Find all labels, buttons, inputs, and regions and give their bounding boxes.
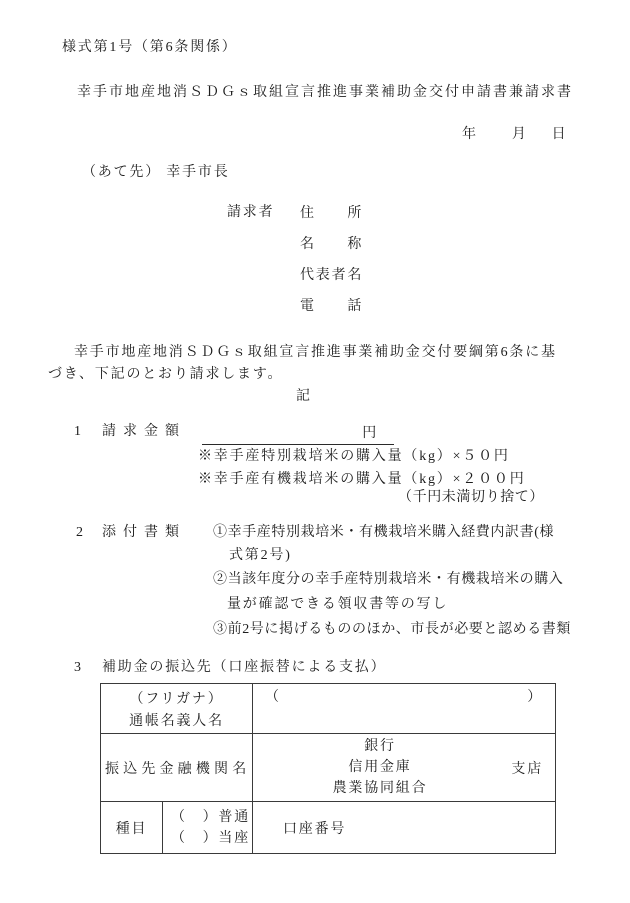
bank-type-shinkin: 信用金庫 xyxy=(253,757,507,778)
item2-label: 添付書類 xyxy=(102,525,186,541)
item1-number: 1 xyxy=(74,424,83,440)
requester-address-label: 住 所 xyxy=(300,198,363,229)
date-year-label: 年 xyxy=(462,127,478,143)
addressee: （あて先） 幸手市長 xyxy=(82,165,230,181)
item1-label: 請求金額 xyxy=(102,424,186,440)
table-row-account: 種目 （ ）普通 （ ）当座 口座番号 xyxy=(101,802,555,853)
item2-line4: 量が確認できる領収書等の写し xyxy=(227,597,448,613)
bank-type-options: 銀行 信用金庫 農業協同組合 xyxy=(253,734,507,799)
bank-transfer-table: （フリガナ） 通帳名義人名 （ ） 振込先金融機関名 銀行 信用金庫 農業協同組… xyxy=(100,683,556,854)
date-day-label: 日 xyxy=(552,127,568,143)
requester-name-label: 名 称 xyxy=(300,229,363,260)
furigana-label: （フリガナ） xyxy=(101,689,252,711)
requester-label: 請求者 xyxy=(227,205,274,221)
requester-representative-label: 代表者名 xyxy=(300,260,363,291)
bank-label-cell: 振込先金融機関名 xyxy=(101,734,253,801)
item2-line3: ②当該年度分の幸手産特別栽培米・有機栽培米の購入 xyxy=(213,572,563,588)
account-kind-options-cell: （ ）普通 （ ）当座 xyxy=(163,802,253,853)
form-number: 様式第1号（第6条関係） xyxy=(62,40,238,56)
branch-label: 支店 xyxy=(511,758,543,778)
account-number-label: 口座番号 xyxy=(283,818,346,838)
item2-line1: ①幸手産特別栽培米・有機栽培米購入経費内訳書(様 xyxy=(213,525,554,541)
item1-note3: （千円未満切り捨て） xyxy=(398,490,544,506)
account-holder-input[interactable]: （ ） xyxy=(253,684,555,733)
date-line: 年 月 日 xyxy=(462,127,567,143)
body-paragraph-line1: 幸手市地産地消ＳＤＧｓ取組宣言推進事業補助金交付要綱第6条に基 xyxy=(74,345,557,361)
holder-paren-open: （ xyxy=(265,688,281,733)
item3-number: 3 xyxy=(74,660,83,676)
document-title: 幸手市地産地消ＳＤＧｓ取組宣言推進事業補助金交付申請書兼請求書 xyxy=(77,85,573,101)
amount-unit-label: 円 xyxy=(362,426,378,441)
item2-number: 2 xyxy=(76,525,85,541)
account-kind-ordinary-option[interactable]: （ ）普通 xyxy=(171,807,252,828)
item2-line2: 式第2号) xyxy=(229,548,292,564)
item2-line5: ③前2号に掲げるもののほか、市長が必要と認める書類 xyxy=(213,622,571,638)
bank-type-bank: 銀行 xyxy=(253,736,507,757)
account-kind-current-option[interactable]: （ ）当座 xyxy=(171,828,252,849)
account-holder-label: 通帳名義人名 xyxy=(101,711,252,733)
item1-note1: ※幸手産特別栽培米の購入量（kg）×５０円 xyxy=(198,449,510,465)
table-row-account-holder: （フリガナ） 通帳名義人名 （ ） xyxy=(101,684,555,734)
record-heading: 記 xyxy=(48,385,560,405)
item3-heading: 補助金の振込先（口座振替による支払） xyxy=(102,660,386,676)
account-holder-label-cell: （フリガナ） 通帳名義人名 xyxy=(101,684,253,733)
body-paragraph-line2: づき、下記のとおり請求します。 xyxy=(48,367,283,383)
bank-input[interactable]: 銀行 信用金庫 農業協同組合 支店 xyxy=(253,734,555,801)
account-kind-label: 種目 xyxy=(116,818,148,838)
requester-fields: 住 所 名 称 代表者名 電 話 xyxy=(300,198,363,322)
requester-phone-label: 電 話 xyxy=(300,291,363,322)
account-kind-label-cell: 種目 xyxy=(101,802,163,853)
account-number-input[interactable] xyxy=(346,802,555,853)
date-month-label: 月 xyxy=(512,127,528,143)
holder-paren-close: ） xyxy=(527,688,543,733)
bank-label: 振込先金融機関名 xyxy=(105,758,248,778)
table-row-bank: 振込先金融機関名 銀行 信用金庫 農業協同組合 支店 xyxy=(101,734,555,802)
amount-input-line[interactable]: 円 xyxy=(202,424,394,445)
bank-type-ja: 農業協同組合 xyxy=(253,778,507,799)
account-number-cell: 口座番号 xyxy=(253,802,555,853)
form-document-page: 様式第1号（第6条関係） 幸手市地産地消ＳＤＧｓ取組宣言推進事業補助金交付申請書… xyxy=(0,0,630,903)
item1-note2: ※幸手産有機栽培米の購入量（kg）×２００円 xyxy=(198,472,526,488)
